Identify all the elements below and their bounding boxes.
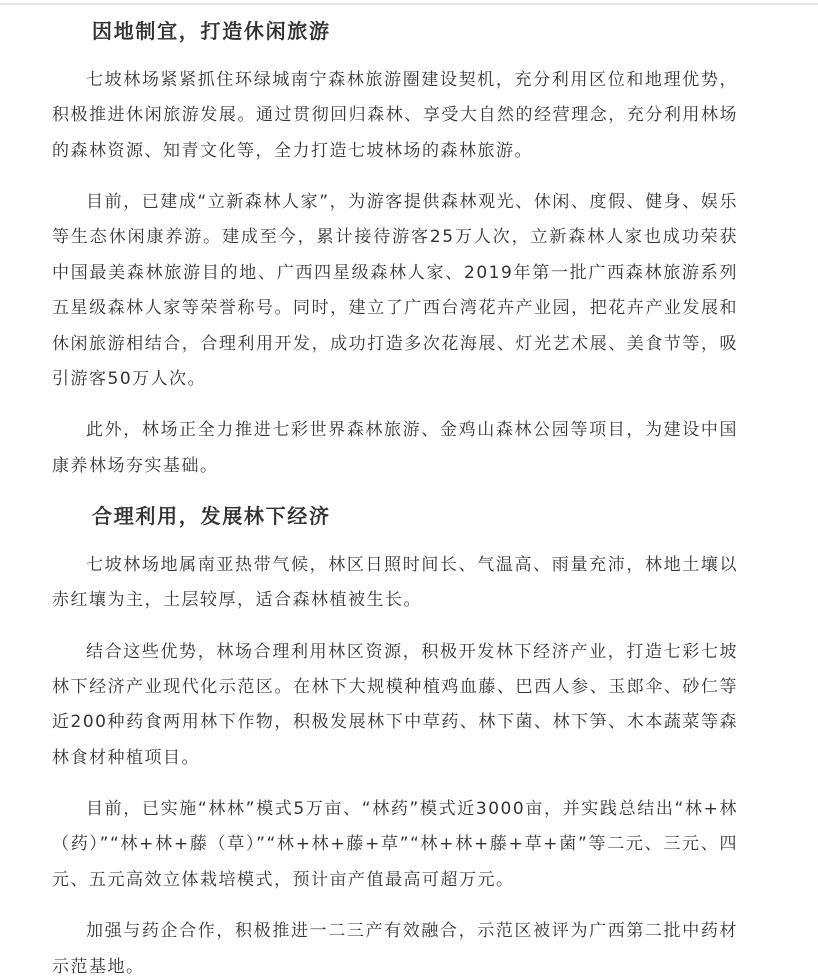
- paragraph-planting-models: 目前，已实施“林林”模式5万亩、“林药”模式近3000亩，并实践总结出“林+林（…: [52, 792, 738, 898]
- section-heading-understory-economy: 合理利用，发展林下经济: [52, 500, 738, 532]
- paragraph-pharma-cooperation: 加强与药企合作，积极推进一二三产有效融合，示范区被评为广西第二批中药材示范基地。: [52, 914, 738, 977]
- article-body: 因地制宜，打造休闲旅游 七坡林场紧紧抓住环绿城南宁森林旅游圈建设契机，充分利用区…: [0, 5, 818, 977]
- paragraph-tourism-intro: 七坡林场紧紧抓住环绿城南宁森林旅游圈建设契机，充分利用区位和地理优势，积极推进休…: [52, 63, 738, 169]
- paragraph-climate: 七坡林场地属南亚热带气候，林区日照时间长、气温高、雨量充沛，林地土壤以赤红壤为主…: [52, 548, 738, 619]
- section-heading-leisure-tourism: 因地制宜，打造休闲旅游: [52, 15, 738, 47]
- paragraph-lixin-forest-home: 目前，已建成“立新森林人家”，为游客提供森林观光、休闲、度假、健身、娱乐等生态休…: [52, 185, 738, 397]
- paragraph-understory-crops: 结合这些优势，林场合理利用林区资源，积极开发林下经济产业，打造七彩七坡林下经济产…: [52, 635, 738, 776]
- paragraph-future-projects: 此外，林场正全力推进七彩世界森林旅游、金鸡山森林公园等项目，为建设中国康养林场夯…: [52, 413, 738, 484]
